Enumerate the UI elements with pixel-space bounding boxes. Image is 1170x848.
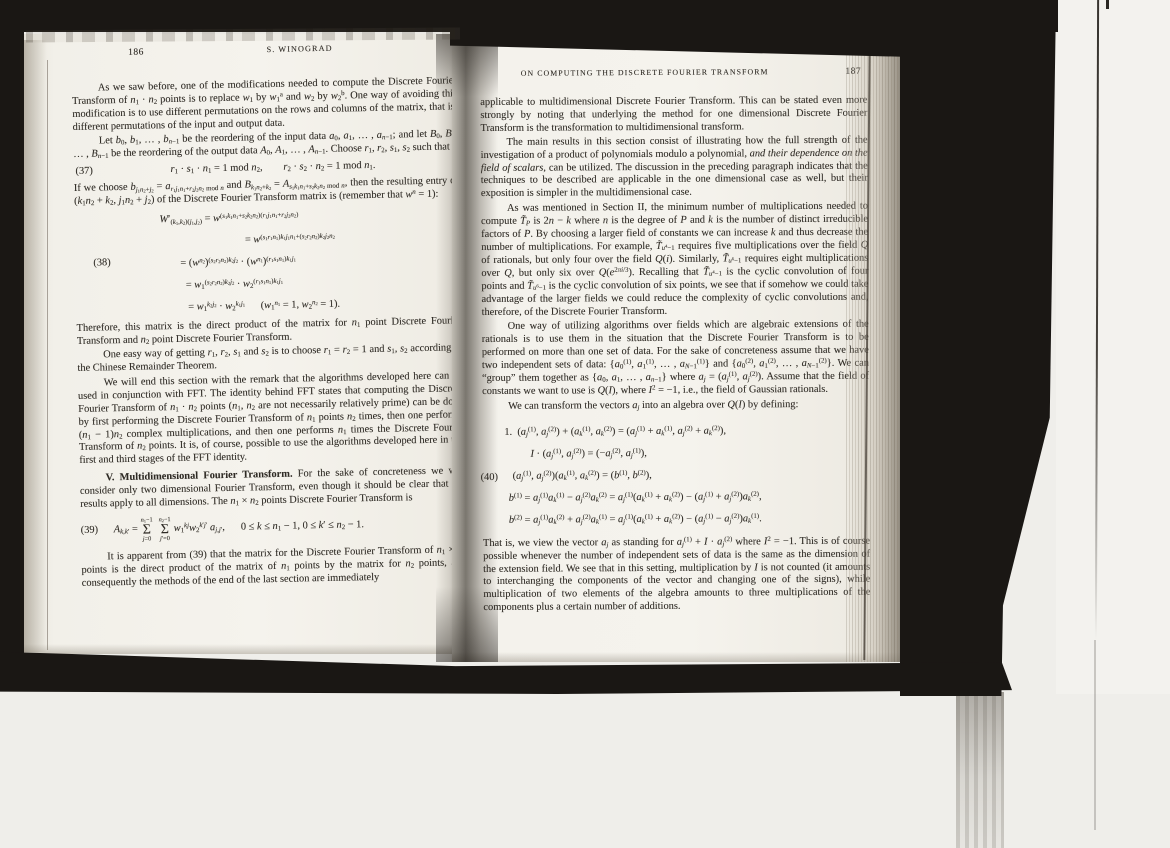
summation: n1−1 Σ j=0 [141,517,153,544]
equation-label: (38) [93,257,111,270]
paragraph: One way of utilizing algorithms over fie… [482,319,869,399]
paragraph: The main results in this section consist… [481,134,868,201]
equation-condition: 0 ≤ k ≤ n1 − 1, 0 ≤ k′ ≤ n2 − 1. [241,520,364,535]
equation-label: (39) [81,525,114,539]
equation-line: (aj(1), aj(2))(ak(1), ak(2)) = (b(1), b(… [513,463,870,487]
paragraph: We will end this section with the remark… [78,370,465,468]
equation-line: b(2) = aj(1)ak(2) + aj(2)ak(1) = aj(1)(a… [509,507,870,531]
summation: n2−1 Σ j′=0 [159,517,171,544]
paragraph: applicable to multidimensional Discrete … [480,95,867,136]
left-page-edge-shading [24,40,54,652]
equation-40: (40) 1. (aj(1), aj(2)) + (ak(1), ak(2)) … [482,419,870,531]
paper-edge-line-right-faint [1094,640,1096,830]
scan-artifact-tick [1106,0,1109,9]
paragraph: It is apparent from (39) that the matrix… [81,544,467,590]
sum-lower-limit: j′=0 [160,537,170,544]
left-page-crease-line [47,60,48,650]
equation-line: b(1) = aj(1)ak(1) − aj(2)ak(2) = aj(1)(a… [509,485,870,509]
book-gutter-shadow [436,34,498,662]
paragraph: We can transform the vectors aj into an … [482,398,869,413]
black-frame-right [900,0,1056,696]
right-page-text: ON COMPUTING THE DISCRETE FOURIER TRANSF… [480,52,870,616]
equation-line: = w1k2j2 · w2k1j1 (w1n1 = 1, w2n2 = 1). [188,291,461,318]
running-head: ON COMPUTING THE DISCRETE FOURIER TRANSF… [480,66,867,81]
equation-body: r1 · s1 · n1 = 1 mod n2, r2 · s2 · n2 = … [170,160,375,177]
equation-line: 1. (aj(1), aj(2)) + (ak(1), ak(2)) = (aj… [504,419,869,443]
left-page: 186 S. WINOGRAD As we saw before, one of… [24,34,452,654]
equation-lhs: Ak,k′ = [114,524,138,537]
section-heading-paragraph: V. Multidimensional Fourier Transform. F… [80,465,466,511]
equation-rhs: w1kjw2k′j′ aj,j′, [174,522,225,536]
equation-label: (37) [75,165,170,180]
equation-39: (39) Ak,k′ = n1−1 Σ j=0 n2−1 Σ j′=0 w1kj… [80,508,466,548]
equation-38: (38) W′(k1,k2)(j1,j2) = w(s1k1n1+s2k2n2)… [74,203,461,321]
equation-line: I · (aj(1), aj(2)) = (−aj(2), aj(1)), [530,441,869,465]
scanned-book-spread: 186 S. WINOGRAD As we saw before, one of… [0,0,1170,848]
paragraph: That is, we view the vector aj as standi… [483,535,870,615]
right-page: ON COMPUTING THE DISCRETE FOURIER TRANSF… [452,40,912,662]
toner-streak-bottom [956,692,1004,848]
paragraph: As we saw before, one of the modificatio… [72,75,458,134]
paragraph: As was mentioned in Section II, the mini… [481,201,869,320]
left-page-header: 186 S. WINOGRAD [71,40,456,61]
running-head: S. WINOGRAD [71,40,456,61]
sum-lower-limit: j=0 [143,537,152,544]
black-frame-left [0,0,24,665]
left-page-text: 186 S. WINOGRAD As we saw before, one of… [71,40,467,590]
right-page-header: ON COMPUTING THE DISCRETE FOURIER TRANSF… [480,66,867,81]
